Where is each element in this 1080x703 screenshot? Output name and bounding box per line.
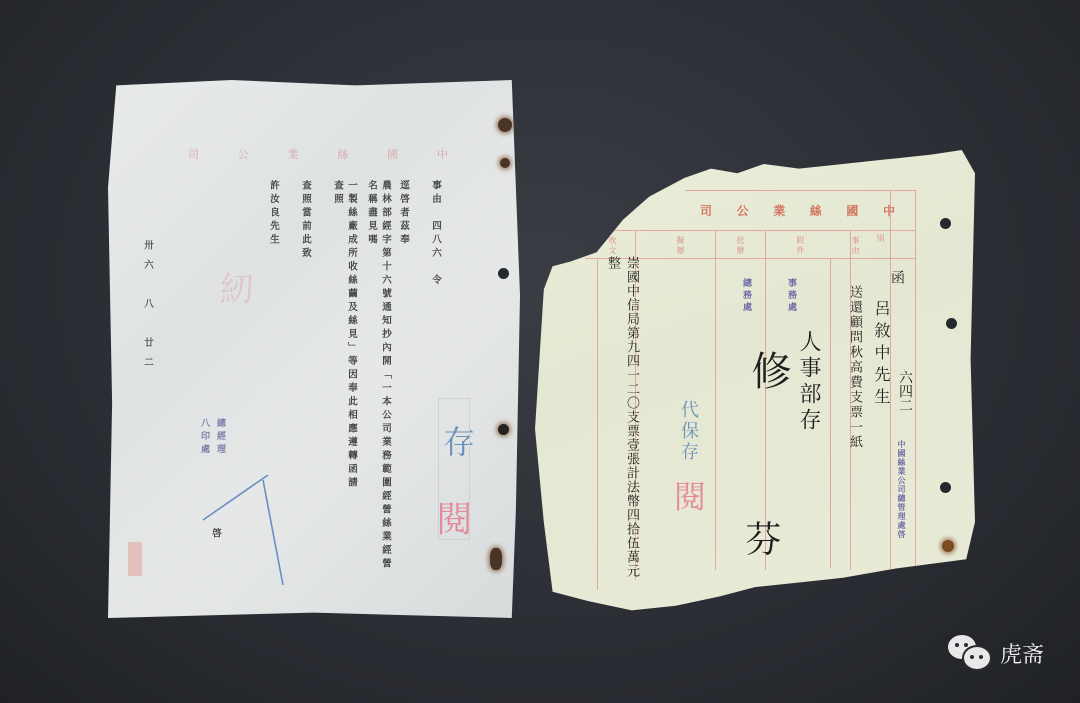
letterhead-char: 司	[700, 202, 712, 219]
wechat-icon	[948, 635, 992, 671]
left-col-3: 農林部經字第十六號通知抄內開「一本公司業務範圍經營絲業經營名稱盡見嗎	[364, 180, 392, 580]
label-approval: 批辦	[735, 236, 746, 256]
purple-company-stamp: 中國絲業公司總管理處啓	[897, 440, 908, 570]
left-letterhead: 中 國 絲 業 公 司	[188, 146, 448, 162]
punch-hole	[498, 268, 509, 279]
letterhead-char: 絲	[810, 202, 822, 219]
watermark-text: 虎斋	[1000, 638, 1044, 669]
instruction-revise: 修	[740, 350, 797, 390]
subject-text: 送還顧問秋高費支票一紙	[845, 285, 864, 450]
left-col-2: 逕啓者茲奉	[396, 180, 410, 248]
punch-hole	[940, 482, 951, 493]
letterhead-char: 司	[188, 146, 199, 162]
burn-hole	[498, 118, 512, 132]
handwritten-note: 崇國中信局第九四一二〇支票壹張計法幣四拾伍萬元整	[603, 256, 641, 586]
red-seal-small	[128, 542, 142, 576]
letterhead-char: 業	[773, 202, 785, 219]
letterhead-char: 中	[437, 146, 448, 162]
letterhead-char: 公	[238, 146, 249, 162]
manager-stamp-2: 八印處	[198, 418, 211, 457]
watermark: 虎斋	[948, 635, 1044, 671]
left-col-4: 一製絲廠成所收絲繭及絲見」等因奉此相應遵轉函請查照	[330, 180, 358, 500]
punch-hole	[940, 218, 951, 229]
punch-hole	[498, 424, 509, 435]
letterhead-char: 國	[387, 146, 398, 162]
label-type: 別	[875, 234, 886, 244]
photo-stage: 中 國 絲 業 公 司 事由 四八六 令 逕啓者茲奉 農林部經字第十六號通知抄內…	[0, 0, 1080, 703]
letterhead-char: 絲	[337, 146, 348, 162]
instruction-personnel: 人事部存	[793, 330, 824, 434]
blue-note: 代保存	[675, 400, 701, 463]
left-date: 卅六 八 廿二	[140, 240, 154, 377]
burn-mark	[942, 540, 954, 552]
bottom-signature: 芬	[735, 520, 786, 556]
manager-stamp: 總經理	[214, 418, 227, 457]
letterhead-char: 業	[288, 146, 299, 162]
red-seal-faint: 紉	[220, 270, 256, 310]
punch-hole	[946, 318, 957, 329]
left-document: 中 國 絲 業 公 司 事由 四八六 令 逕啓者茲奉 農林部經字第十六號通知抄內…	[108, 80, 520, 618]
stamp-affairs: 總務處	[740, 278, 753, 314]
recipient: 呂敘中先生	[870, 300, 893, 410]
letterhead-char: 中	[883, 202, 895, 219]
burn-hole	[490, 548, 502, 570]
left-col-6: 許汝良先生	[266, 180, 280, 248]
label-attachment: 附件	[795, 236, 806, 256]
faint-box	[438, 398, 470, 540]
letterhead-char: 國	[846, 202, 858, 219]
right-document: 中 國 絲 業 公 司 事由 別 函 附件 批辦 擬辦 收文 六四二 呂敘中先生…	[535, 150, 975, 615]
red-mark: 閱	[665, 480, 711, 512]
stamp-general-affairs: 事務處	[785, 278, 798, 314]
doc-number: 六四二	[895, 370, 915, 412]
label-proposal: 擬辦	[675, 236, 686, 256]
burn-hole	[500, 158, 510, 168]
label-subject: 事由	[850, 236, 861, 256]
letterhead-char: 公	[737, 202, 749, 219]
left-col-5: 查照當前此致	[298, 180, 312, 261]
right-letterhead: 中 國 絲 業 公 司	[700, 202, 895, 219]
type-value: 函	[887, 270, 907, 284]
blue-pencil-stroke	[198, 470, 288, 590]
label-received: 收文	[607, 236, 618, 256]
